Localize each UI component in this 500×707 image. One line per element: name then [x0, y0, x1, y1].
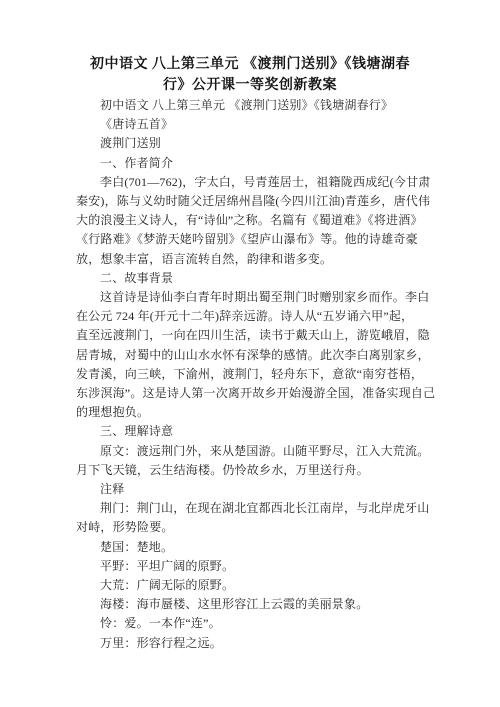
body-line: 一、作者简介 [76, 154, 424, 173]
body-line: 初中语文 八上第三单元 《渡荆门送别》《钱塘湖春行》 [76, 96, 424, 115]
body-line: 对峙，形势险要。 [76, 518, 424, 537]
body-line: 二、故事背景 [76, 269, 424, 288]
body-line: 海楼：海市蜃楼、这里形容江上云霞的美丽景象。 [76, 595, 424, 614]
body-line: 的理想抱负。 [76, 403, 424, 422]
body-line: 楚国：楚地。 [76, 538, 424, 557]
body-line: 东涉溟海”。这是诗人第一次离开故乡开始漫游全国，准备实现自己 [76, 384, 424, 403]
document-page: 初中语文 八上第三单元 《渡荆门送别》《钱塘湖春 行》公开课一等奖创新教案 初中… [0, 0, 500, 707]
body-line: 平野：平坦广阔的原野。 [76, 557, 424, 576]
body-line: 秦安)，陈与义幼时随父迁居绵州昌隆(今四川江油)青莲乡，唐代伟 [76, 192, 424, 211]
body-line: 放，想象丰富，语言流转自然，韵律和谐多变。 [76, 250, 424, 269]
body-line: 大荒：广阔无际的原野。 [76, 576, 424, 595]
body-line: 居青城，对蜀中的山山水水怀有深挚的感情。此次李白离别家乡， [76, 346, 424, 365]
body-line: 原文：渡远荆门外，来从楚国游。山随平野尽，江入大荒流。 [76, 442, 424, 461]
body-line: 在公元 724 年(开元十二年)辞亲远游。诗人从“五岁诵六甲”起， [76, 307, 424, 326]
body-line: 月下飞天镜，云生结海楼。仍怜故乡水，万里送行舟。 [76, 461, 424, 480]
body-line: 李白(701—762)，字太白，号青莲居士，祖籍陇西成纪(今甘肃 [76, 173, 424, 192]
document-body: 初中语文 八上第三单元 《渡荆门送别》《钱塘湖春行》《唐诗五首》渡荆门送别一、作… [76, 96, 424, 653]
body-line: 这首诗是诗仙李白青年时期出蜀至荆门时赠别家乡而作。李白 [76, 288, 424, 307]
body-line: 荆门：荆门山，在现在湖北宜都西北长江南岸，与北岸虎牙山 [76, 499, 424, 518]
document-title: 初中语文 八上第三单元 《渡荆门送别》《钱塘湖春 行》公开课一等奖创新教案 [70, 54, 430, 96]
body-line: 怜：爱。一本作“连”。 [76, 614, 424, 633]
body-line: 发青溪，向三峡，下渝州，渡荆门，轻舟东下，意欲“南穷苍梧， [76, 365, 424, 384]
body-line: 注释 [76, 480, 424, 499]
body-line: 渡荆门送别 [76, 134, 424, 153]
body-line: 三、理解诗意 [76, 422, 424, 441]
body-line: 《唐诗五首》 [76, 115, 424, 134]
title-line-1: 初中语文 八上第三单元 《渡荆门送别》《钱塘湖春 [70, 54, 430, 75]
body-line: 直至远渡荆门，一向在四川生活，读书于戴天山上，游览峨眉，隐 [76, 326, 424, 345]
body-line: 大的浪漫主义诗人，有“诗仙”之称。名篇有《蜀道难》《将进酒》 [76, 211, 424, 230]
title-line-2: 行》公开课一等奖创新教案 [70, 75, 430, 96]
body-line: 万里：形容行程之远。 [76, 634, 424, 653]
body-line: 《行路难》《梦游天姥吟留别》《望庐山瀑布》等。他的诗雄奇豪 [76, 230, 424, 249]
